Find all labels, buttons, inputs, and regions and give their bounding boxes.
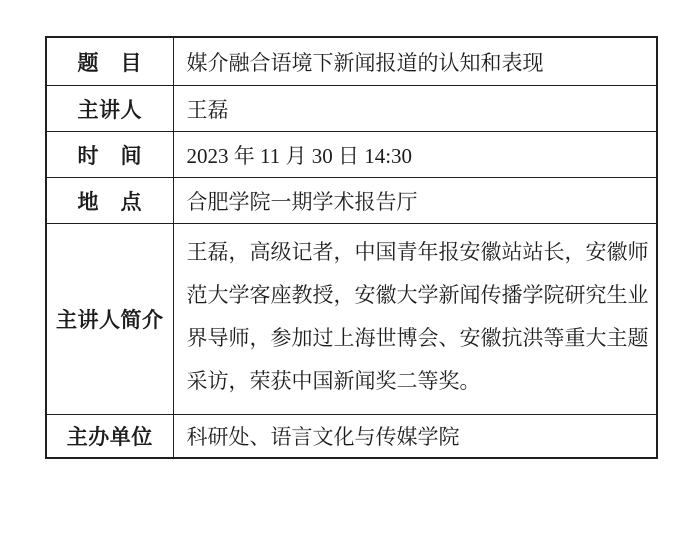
row-value-place: 合肥学院一期学术报告厅 (173, 178, 657, 224)
table-row-bio: 主讲人简介 王磊，高级记者，中国青年报安徽站站长，安徽师范大学客座教授，安徽大学… (46, 224, 657, 415)
row-label-host: 主办单位 (46, 415, 173, 459)
row-value-host: 科研处、语言文化与传媒学院 (173, 415, 657, 459)
table-row-speaker: 主讲人 王磊 (46, 86, 657, 132)
row-label-place: 地 点 (46, 178, 173, 224)
row-label-bio: 主讲人简介 (46, 224, 173, 415)
row-label-time: 时 间 (46, 132, 173, 178)
row-value-time: 2023 年 11 月 30 日 14:30 (173, 132, 657, 178)
row-label-title: 题 目 (46, 37, 173, 86)
row-value-bio: 王磊，高级记者，中国青年报安徽站站长，安徽师范大学客座教授，安徽大学新闻传播学院… (173, 224, 657, 415)
row-label-speaker: 主讲人 (46, 86, 173, 132)
table-row-host: 主办单位 科研处、语言文化与传媒学院 (46, 415, 657, 459)
row-value-speaker: 王磊 (173, 86, 657, 132)
table-row-time: 时 间 2023 年 11 月 30 日 14:30 (46, 132, 657, 178)
lecture-info-table: 题 目 媒介融合语境下新闻报道的认知和表现 主讲人 王磊 时 间 2023 年 … (45, 36, 658, 459)
row-value-title: 媒介融合语境下新闻报道的认知和表现 (173, 37, 657, 86)
table-row-title: 题 目 媒介融合语境下新闻报道的认知和表现 (46, 37, 657, 86)
table-row-place: 地 点 合肥学院一期学术报告厅 (46, 178, 657, 224)
document-page: 题 目 媒介融合语境下新闻报道的认知和表现 主讲人 王磊 时 间 2023 年 … (0, 0, 699, 556)
